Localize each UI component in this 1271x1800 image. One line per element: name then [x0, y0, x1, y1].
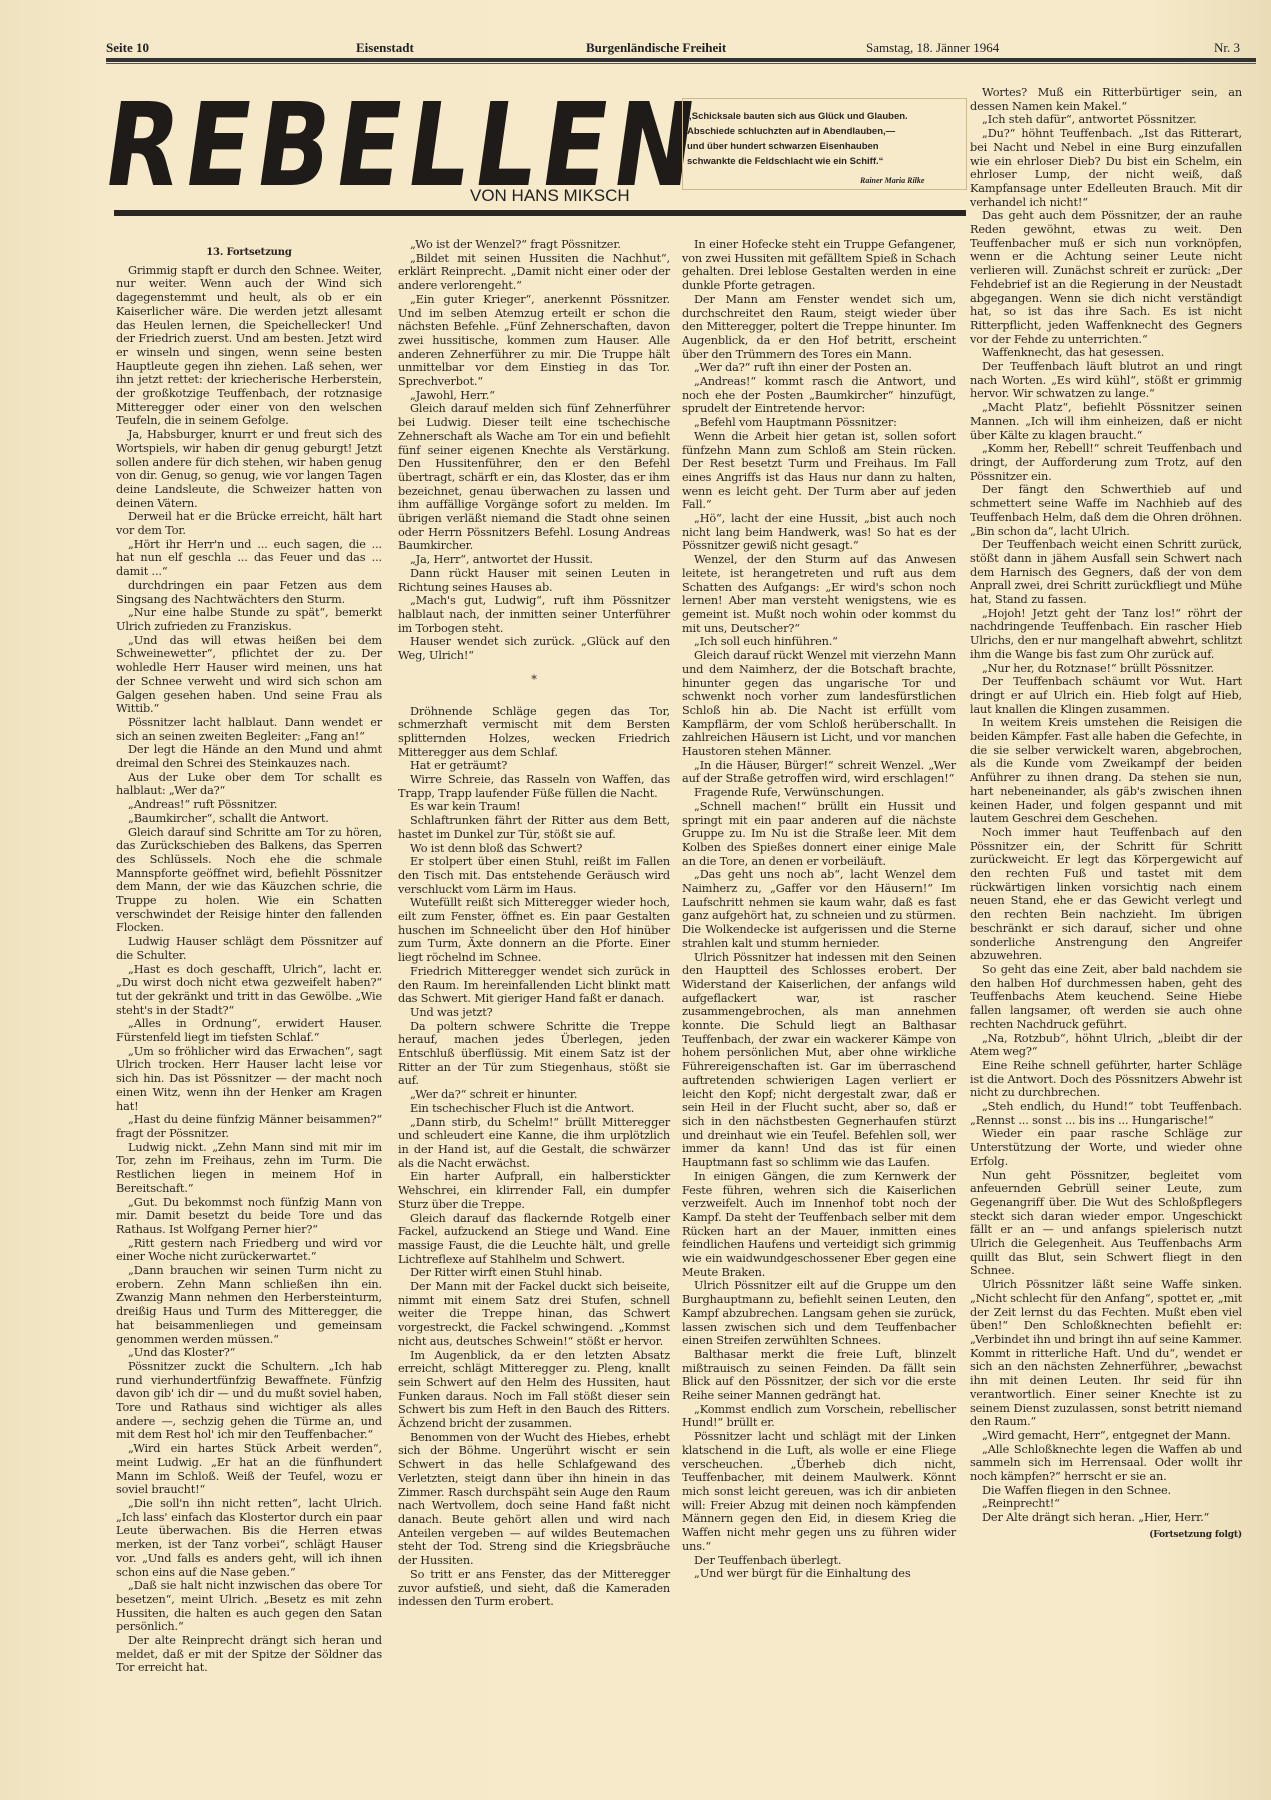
paragraph: Ein harter Aufprall, ein halberstickter … [398, 1170, 670, 1211]
paragraph: Wortes? Muß ein Ritterbürtiger sein, an … [970, 86, 1242, 113]
paragraph: Gleich darauf das flackernde Rotgelb ein… [398, 1212, 670, 1267]
paragraph: In einigen Gängen, die zum Kernwerk der … [682, 1170, 956, 1280]
paragraph: Ulrich Pössnitzer eilt auf die Gruppe um… [682, 1279, 956, 1348]
paragraph: „Steh endlich, du Hund!“ tobt Teuffenbac… [970, 1100, 1242, 1127]
paragraph: „In die Häuser, Bürger!“ schreit Wenzel.… [682, 759, 956, 786]
paragraph: Gleich darauf sind Schritte am Tor zu hö… [116, 826, 382, 936]
paragraph: Nun geht Pössnitzer, begleitet vom anfeu… [970, 1169, 1242, 1279]
paragraph: „Alles in Ordnung“, erwidert Hauser. Für… [116, 1017, 382, 1044]
paragraph: Wirre Schreie, das Rasseln von Waffen, d… [398, 773, 670, 800]
paragraph: „Wird ein hartes Stück Arbeit werden“, m… [116, 1442, 382, 1497]
paragraph: Der alte Reinprecht drängt sich heran un… [116, 1634, 382, 1675]
text-column-4: Wortes? Muß ein Ritterbürtiger sein, an … [970, 86, 1242, 1543]
paragraph: „Du?“ höhnt Teuffenbach. „Ist das Ritter… [970, 127, 1242, 209]
text-column-3: In einer Hofecke steht ein Truppe Gefang… [682, 238, 956, 1581]
paragraph: Pössnitzer lacht und schlägt mit der Lin… [682, 1430, 956, 1553]
paragraph: „Nur eine halbe Stunde zu spät“, bemerkt… [116, 606, 382, 633]
paragraph: Der Teuffenbach überlegt. [682, 1554, 956, 1568]
installment-label: 13. Fortsetzung [116, 246, 382, 260]
paragraph: „Hast du deine fünfzig Männer beisammen?… [116, 1113, 382, 1140]
masthead: Seite 10 Eisenstadt Burgenländische Frei… [106, 36, 1240, 58]
paragraph: „Wo ist der Wenzel?“ fragt Pössnitzer. [398, 238, 670, 252]
paragraph: Der Teuffenbach schäumt vor Wut. Hart dr… [970, 675, 1242, 716]
paragraph: Schlaftrunken fährt der Ritter aus dem B… [398, 814, 670, 841]
title-rule [114, 210, 966, 216]
paragraph: Ulrich Pössnitzer läßt seine Waffe sinke… [970, 1278, 1242, 1429]
paragraph: „Wer da?“ schreit er hinunter. [398, 1088, 670, 1102]
paragraph: Die Waffen fliegen in den Schnee. [970, 1484, 1242, 1498]
paragraph: Wenzel, der den Sturm auf das Anwesen le… [682, 553, 956, 635]
paragraph: Hauser wendet sich zurück. „Glück auf de… [398, 635, 670, 662]
paragraph: „Kommst endlich zum Vorschein, rebellisc… [682, 1403, 956, 1430]
paragraph: Das geht auch dem Pössnitzer, der an rau… [970, 209, 1242, 346]
paragraph: „Und das Kloster?“ [116, 1346, 382, 1360]
page-number: Seite 10 [106, 40, 149, 56]
paragraph: „Ein guter Krieger“, anerkennt Pössnitze… [398, 293, 670, 389]
paragraph: Ludwig nickt. „Zehn Mann sind mit mir im… [116, 1141, 382, 1196]
paragraph: „Befehl vom Hauptmann Pössnitzer: [682, 416, 956, 430]
masthead-rule [106, 58, 1256, 62]
paragraph: Waffenknecht, das hat gesessen. [970, 346, 1242, 360]
paragraph: Noch immer haut Teuffenbach auf den Pöss… [970, 826, 1242, 963]
paragraph: Dann rückt Hauser mit seinen Leuten in R… [398, 567, 670, 594]
paragraph: „Das geht uns noch ab“, lacht Wenzel dem… [682, 868, 956, 950]
paragraph: Gleich darauf melden sich fünf Zehnerfüh… [398, 402, 670, 553]
paragraph: Da poltern schwere Schritte die Treppe h… [398, 1020, 670, 1089]
paragraph: Der Ritter wirft einen Stuhl hinab. [398, 1266, 670, 1280]
issue-date: Samstag, 18. Jänner 1964 [866, 40, 999, 56]
epigraph-line: Abschiede schluchzten auf in Abendlauben… [687, 124, 966, 139]
paragraph: Pössnitzer zuckt die Schultern. „Ich hab… [116, 1360, 382, 1442]
paragraph: „Reinprecht!“ [970, 1497, 1242, 1511]
paragraph: „Baumkircher“, schallt die Antwort. [116, 812, 382, 826]
paragraph: „Hojoh! Jetzt geht der Tanz los!“ röhrt … [970, 607, 1242, 662]
paragraph: Der Teuffenbach läuft blutrot an und rin… [970, 360, 1242, 401]
paragraph: Hat er geträumt? [398, 759, 670, 773]
paragraph: „Dann stirb, du Schelm!“ brüllt Mittereg… [398, 1116, 670, 1171]
paragraph: Ein tschechischer Fluch ist die Antwort. [398, 1102, 670, 1116]
paragraph: „Wird gemacht, Herr“, entgegnet der Mann… [970, 1429, 1242, 1443]
continued-note: (Fortsetzung folgt) [970, 1529, 1242, 1543]
paragraph: „Ich steh dafür“, antwortet Pössnitzer. [970, 113, 1242, 127]
paragraph: Der Teuffenbach weicht einen Schritt zur… [970, 538, 1242, 607]
paragraph: Er stolpert über einen Stuhl, reißt im F… [398, 855, 670, 896]
paragraph: Benommen von der Wucht des Hiebes, erheb… [398, 1431, 670, 1568]
paragraph: In weitem Kreis umstehen die Reisigen di… [970, 716, 1242, 826]
paper-name: Burgenländische Freiheit [586, 40, 726, 56]
paragraph: „Nur her, du Rotznase!“ brüllt Pössnitze… [970, 662, 1242, 676]
paragraph: Ludwig Hauser schlägt dem Pössnitzer auf… [116, 935, 382, 962]
section-separator: * [398, 673, 670, 687]
paragraph: Wutefüllt reißt sich Mitteregger wieder … [398, 896, 670, 965]
paragraph: „Um so fröhlicher wird das Erwachen“, sa… [116, 1045, 382, 1114]
paragraph: Balthasar merkt die freie Luft, blinzelt… [682, 1348, 956, 1403]
paragraph: Wieder ein paar rasche Schläge zur Unter… [970, 1127, 1242, 1168]
paragraph: Der Mann mit der Fackel duckt sich beise… [398, 1280, 670, 1349]
paragraph: Wenn die Arbeit hier getan ist, sollen s… [682, 430, 956, 512]
paragraph: Der legt die Hände an den Mund und ahmt … [116, 743, 382, 770]
paragraph: Aus der Luke ober dem Tor schallt es hal… [116, 771, 382, 798]
paragraph: „Ja, Herr“, antwortet der Hussit. [398, 553, 670, 567]
paragraph: „Macht Platz“, befiehlt Pössnitzer seine… [970, 401, 1242, 442]
paragraph: „Wer da?“ ruft ihn einer der Posten an. [682, 361, 956, 375]
paragraph: „Na, Rotzbub“, höhnt Ulrich, „bleibt dir… [970, 1032, 1242, 1059]
epigraph-line: schwankte die Feldschlacht wie ein Schif… [687, 154, 966, 169]
issue-number: Nr. 3 [1214, 40, 1240, 56]
paragraph: „Hört ihr Herr'n und ... euch sagen, die… [116, 538, 382, 579]
paragraph: „Daß sie halt nicht inzwischen das obere… [116, 1579, 382, 1634]
paragraph: „Gut. Du bekommst noch fünfzig Mann von … [116, 1196, 382, 1237]
paragraph: Dröhnende Schläge gegen das Tor, schmerz… [398, 705, 670, 760]
paragraph: „Die soll'n ihn nicht retten“, lacht Ulr… [116, 1497, 382, 1579]
paragraph: So geht das eine Zeit, aber bald nachdem… [970, 963, 1242, 1032]
text-column-2: „Wo ist der Wenzel?“ fragt Pössnitzer.„B… [398, 238, 670, 1609]
place: Eisenstadt [356, 40, 414, 56]
paragraph: Pössnitzer lacht halblaut. Dann wendet e… [116, 716, 382, 743]
paragraph: Ja, Habsburger, knurrt er und freut sich… [116, 428, 382, 510]
paragraph: „Andreas!“ kommt rasch die Antwort, und … [682, 375, 956, 416]
paragraph: Friedrich Mitteregger wendet sich zurück… [398, 965, 670, 1006]
paragraph: Wo ist denn bloß das Schwert? [398, 842, 670, 856]
paragraph: „Bildet mit seinen Hussiten die Nachhut“… [398, 252, 670, 293]
paragraph: „Alle Schloßknechte legen die Waffen ab … [970, 1443, 1242, 1484]
paragraph: „Hö“, lacht der eine Hussit, „bist auch … [682, 512, 956, 553]
paragraph: Der Alte drängt sich heran. „Hier, Herr.… [970, 1511, 1242, 1525]
paragraph: Derweil hat er die Brücke erreicht, hält… [116, 510, 382, 537]
paragraph: „Ich soll euch hinführen.“ [682, 635, 956, 649]
byline: VON HANS MIKSCH [470, 186, 630, 206]
paragraph: „Und das will etwas heißen bei dem Schwe… [116, 634, 382, 716]
epigraph-author: Rainer Maria Rilke [860, 176, 924, 185]
paragraph: „Mach's gut, Ludwig“, ruft ihm Pössnitze… [398, 594, 670, 635]
paragraph: Gleich darauf rückt Wenzel mit vierzehn … [682, 649, 956, 759]
paragraph: Der fängt den Schwerthieb auf und schmet… [970, 483, 1242, 538]
paragraph: „Andreas!“ ruft Pössnitzer. [116, 798, 382, 812]
paragraph: In einer Hofecke steht ein Truppe Gefang… [682, 238, 956, 293]
paragraph: durchdringen ein paar Fetzen aus dem Sin… [116, 579, 382, 606]
paragraph: Im Augenblick, da er den letzten Absatz … [398, 1349, 670, 1431]
paragraph: Es war kein Traum! [398, 800, 670, 814]
paragraph: „Hast es doch geschafft, Ulrich“, lacht … [116, 963, 382, 1018]
paragraph: „Dann brauchen wir seinen Turm nicht zu … [116, 1264, 382, 1346]
paragraph: „Komm her, Rebell!“ schreit Teuffenbach … [970, 442, 1242, 483]
paragraph: Der Mann am Fenster wendet sich um, durc… [682, 293, 956, 362]
paragraph: Eine Reihe schnell geführter, harter Sch… [970, 1059, 1242, 1100]
paragraph: „Und wer bürgt für die Einhaltung des [682, 1567, 956, 1581]
paragraph: Grimmig stapft er durch den Schnee. Weit… [116, 264, 382, 428]
epigraph-line: „Schicksale bauten sich aus Glück und Gl… [687, 109, 966, 124]
text-column-1: 13. Fortsetzung Grimmig stapft er durch … [116, 238, 382, 1675]
paragraph: Und was jetzt? [398, 1006, 670, 1020]
epigraph-line: und über hundert schwarzen Eisenhauben [687, 139, 966, 154]
masthead-rule-thin [106, 63, 1256, 64]
newspaper-page: Seite 10 Eisenstadt Burgenländische Frei… [0, 0, 1271, 1800]
paragraph: „Jawohl, Herr.“ [398, 389, 670, 403]
paragraph: Fragende Rufe, Verwünschungen. [682, 786, 956, 800]
paragraph: „Ritt gestern nach Friedberg und wird vo… [116, 1237, 382, 1264]
paragraph: Ulrich Pössnitzer hat indessen mit den S… [682, 951, 956, 1170]
paragraph: „Schnell machen!“ brüllt ein Hussit und … [682, 800, 956, 869]
paragraph: So tritt er ans Fenster, das der Mittere… [398, 1568, 670, 1609]
